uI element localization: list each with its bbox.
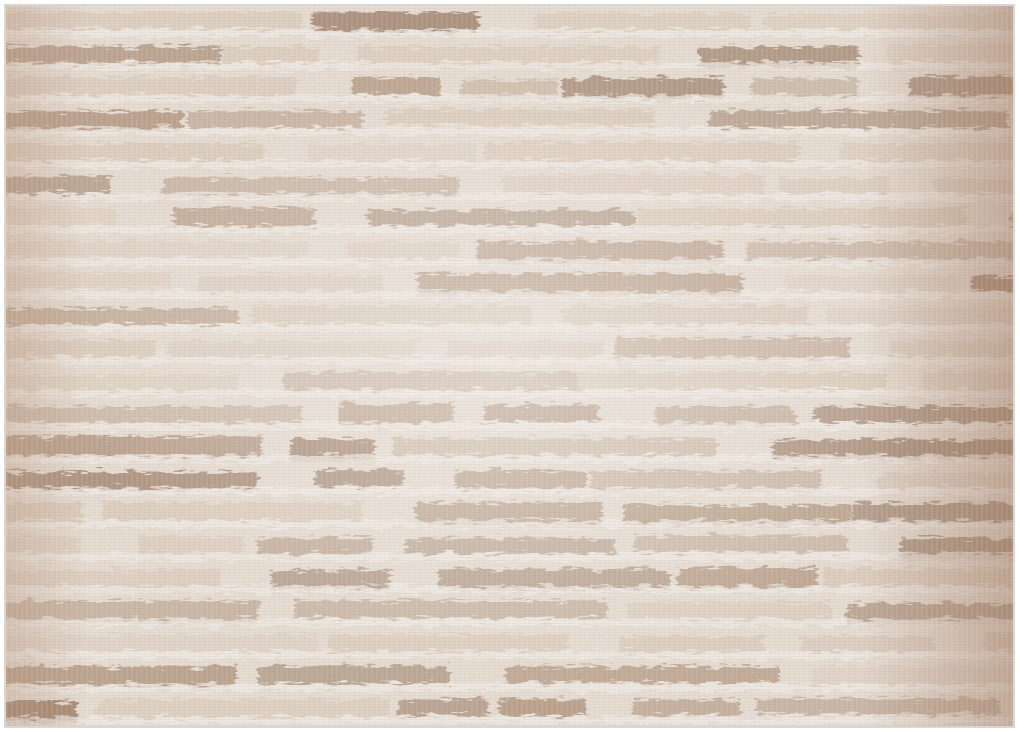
rug-image <box>4 4 1015 728</box>
rug-grain <box>6 6 1013 726</box>
